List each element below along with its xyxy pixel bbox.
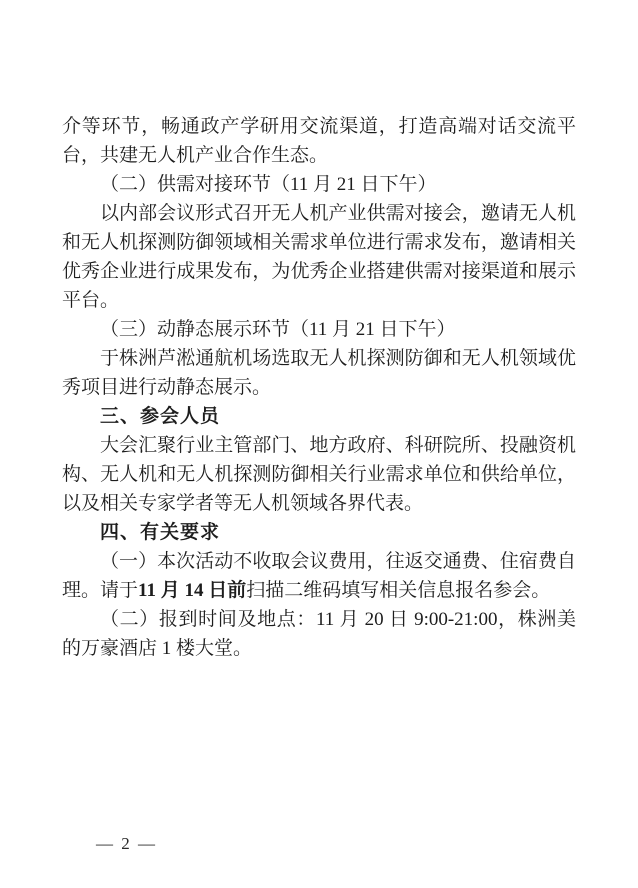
paragraph-continuation: 介等环节，畅通政产学研用交流渠道，打造高端对话交流平台，共建无人机产业合作生态。 — [62, 112, 576, 170]
subsection-heading-supply-demand: （二）供需对接环节（11 月 21 日下午） — [62, 170, 576, 199]
subsection-heading-exhibition: （三）动静态展示环节（11 月 21 日下午） — [62, 315, 576, 344]
page-number: — 2 — — [96, 834, 157, 854]
paragraph-participants-body: 大会汇聚行业主管部门、地方政府、科研院所、投融资机构、无人机和无人机探测防御相关… — [62, 431, 576, 518]
paragraph-requirement-1: （一）本次活动不收取会议费用，往返交通费、住宿费自理。请于11 月 14 日前扫… — [62, 547, 576, 605]
paragraph-requirement-2: （二）报到时间及地点：11 月 20 日 9:00-21:00，株洲美的万豪酒店… — [62, 605, 576, 663]
paragraph-exhibition-body: 于株洲芦淞通航机场选取无人机探测防御和无人机领域优秀项目进行动静态展示。 — [62, 344, 576, 402]
section-heading-requirements: 四、有关要求 — [62, 518, 576, 547]
paragraph-supply-demand-body: 以内部会议形式召开无人机产业供需对接会，邀请无人机和无人机探测防御领域相关需求单… — [62, 199, 576, 315]
section-heading-participants: 三、参会人员 — [62, 402, 576, 431]
requirement1-text-post: 扫描二维码填写相关信息报名参会。 — [246, 580, 550, 601]
requirement1-deadline-bold: 11 月 14 日前 — [138, 580, 246, 601]
document-body: 介等环节，畅通政产学研用交流渠道，打造高端对话交流平台，共建无人机产业合作生态。… — [62, 112, 576, 663]
document-page: 介等环节，畅通政产学研用交流渠道，打造高端对话交流平台，共建无人机产业合作生态。… — [0, 0, 638, 888]
